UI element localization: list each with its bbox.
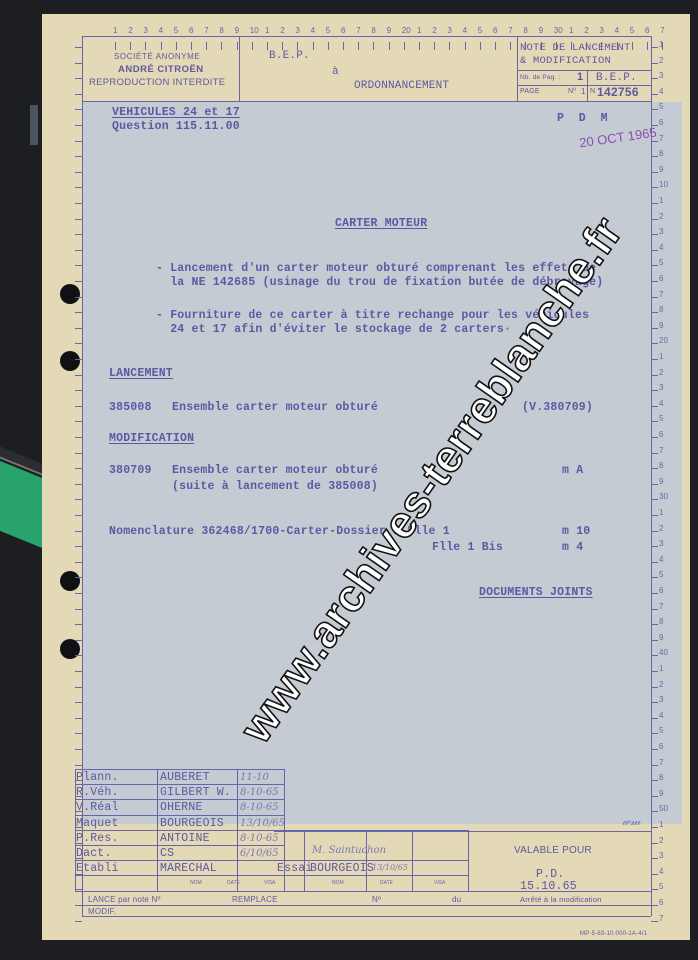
ruler-tick	[75, 546, 82, 547]
ruler-tick	[651, 624, 658, 625]
ruler-tick	[651, 546, 658, 547]
ruler-tick	[75, 203, 82, 204]
table-line	[75, 845, 284, 846]
ruler-tick	[651, 765, 658, 766]
nb-pages-value: 1	[577, 71, 583, 83]
ruler-tick	[75, 156, 82, 157]
ruler-number: 2	[280, 26, 284, 35]
ruler-number: 1	[659, 664, 663, 673]
ruler-tick	[75, 281, 82, 282]
ruler-number: 20	[402, 26, 411, 35]
ruler-tick	[373, 42, 374, 50]
signoff-date: 6/10/65	[240, 848, 279, 859]
signature-scribble: 𝓌𝓂	[622, 814, 641, 829]
ruler-number: 6	[659, 898, 663, 907]
ruler-number: 8	[659, 305, 663, 314]
header-divider	[587, 70, 588, 101]
ruler-tick	[75, 577, 82, 578]
ruler-tick	[176, 42, 177, 50]
ruler-tick	[75, 219, 82, 220]
ruler-number: 7	[356, 26, 360, 35]
col-visa-label: VISA	[434, 880, 445, 886]
col-date-label: DATE	[380, 880, 393, 886]
signoff-name: ANTOINE	[160, 832, 210, 845]
ruler-tick	[75, 765, 82, 766]
ruler-number: 4	[659, 87, 663, 96]
company-line3: REPRODUCTION INTERDITE	[89, 77, 225, 88]
doc-type-line2: & MODIFICATION	[520, 55, 611, 67]
ruler-number: 3	[659, 695, 663, 704]
ruler-number: 2	[128, 26, 132, 35]
table-line	[75, 769, 284, 770]
du-label: du	[452, 895, 461, 904]
signoff-role: Maquet	[76, 817, 119, 830]
modification-mark: m A	[562, 464, 583, 477]
ruler-tick	[651, 203, 658, 204]
recipient: P D M	[557, 112, 612, 125]
ruler-tick	[75, 624, 82, 625]
table-line	[284, 860, 468, 861]
signoff-role: P.Res.	[76, 832, 119, 845]
ruler-tick	[651, 328, 658, 329]
ruler-number: 9	[235, 26, 239, 35]
ruler-tick	[651, 811, 658, 812]
ruler-number: 4	[159, 26, 163, 35]
ruler-tick	[510, 42, 511, 50]
ruler-tick	[343, 42, 344, 50]
ruler-tick	[651, 343, 658, 344]
valable-label: VALABLE POUR	[514, 845, 592, 856]
ruler-number: 6	[341, 26, 345, 35]
ruler-number: 20	[659, 336, 668, 345]
col-date-label: DATE	[227, 880, 240, 886]
valable-divider	[468, 831, 469, 891]
ruler-number: 7	[204, 26, 208, 35]
ruler-number: 5	[174, 26, 178, 35]
ruler-tick	[651, 359, 658, 360]
top-border	[82, 36, 651, 37]
ruler-tick	[75, 515, 82, 516]
ruler-number: 1	[569, 26, 573, 35]
ruler-tick	[75, 406, 82, 407]
to-dept: ORDONNANCEMENT	[354, 80, 449, 92]
ruler-tick	[651, 921, 658, 922]
ruler-tick	[651, 250, 658, 251]
company-name: ANDRÉ CITROËN	[118, 64, 204, 75]
signoff-role: R.Véh.	[76, 786, 119, 799]
ruler-tick	[75, 671, 82, 672]
ruler-tick	[651, 265, 658, 266]
ruler-tick	[651, 390, 658, 391]
signoff-date: 11-10	[240, 772, 269, 783]
nb-pages-label: Nb. de Pag. :	[520, 74, 561, 81]
body-title: CARTER MOTEUR	[335, 217, 427, 230]
ruler-tick	[75, 312, 82, 313]
ruler-number: 8	[219, 26, 223, 35]
ruler-tick	[651, 905, 658, 906]
ruler-tick	[651, 187, 658, 188]
ruler-number: 1	[659, 352, 663, 361]
ruler-number: 3	[659, 539, 663, 548]
ruler-number: 1	[113, 26, 117, 35]
ruler-tick	[75, 328, 82, 329]
no-label: Nº	[372, 895, 381, 904]
ruler-tick	[651, 297, 658, 298]
header-divider	[239, 36, 240, 101]
ruler-tick	[651, 219, 658, 220]
header-divider	[517, 36, 518, 101]
ruler-number: 6	[659, 430, 663, 439]
ruler-tick	[651, 375, 658, 376]
ruler-tick	[75, 531, 82, 532]
ruler-tick	[145, 42, 146, 50]
ruler-tick	[75, 655, 82, 656]
signoff-date: 8-10-65	[240, 802, 279, 813]
ruler-tick	[651, 687, 658, 688]
ruler-tick	[75, 343, 82, 344]
ruler-tick	[651, 78, 658, 79]
note-number: 142756	[597, 85, 639, 99]
dept-code: B.E.P.	[596, 72, 637, 84]
ruler-number: 2	[659, 212, 663, 221]
ruler-tick	[75, 172, 82, 173]
ruler-tick	[651, 63, 658, 64]
ruler-tick	[75, 265, 82, 266]
signoff-date: 8-10-65	[240, 833, 279, 844]
footer-line	[82, 916, 651, 917]
ruler-tick	[75, 125, 82, 126]
ruler-number: 7	[660, 26, 664, 35]
ruler-tick	[75, 921, 82, 922]
ruler-tick	[252, 42, 253, 50]
ruler-tick	[313, 42, 314, 50]
nomenclature-line2: Flle 1 Bis	[432, 541, 503, 554]
ruler-number: 8	[371, 26, 375, 35]
col-nom-label: NOM	[332, 880, 344, 886]
ruler-tick	[651, 172, 658, 173]
ruler-tick	[651, 640, 658, 641]
lance-label: LANCE par note Nº	[88, 895, 161, 904]
modification-desc2: (suite à lancement de 385008)	[172, 480, 378, 493]
ruler-tick	[130, 42, 131, 50]
table-line	[75, 784, 284, 785]
ruler-number: 6	[659, 274, 663, 283]
col-nom-label: NOM	[190, 880, 202, 886]
ruler-tick	[75, 593, 82, 594]
ruler-number: 7	[659, 914, 663, 923]
ruler-number: 3	[599, 26, 603, 35]
ruler-number: 9	[659, 633, 663, 642]
ruler-number: 1	[659, 40, 663, 49]
ruler-number: 6	[659, 586, 663, 595]
ruler-tick	[632, 42, 633, 50]
ruler-number: 8	[659, 149, 663, 158]
ruler-tick	[651, 406, 658, 407]
ruler-tick	[651, 468, 658, 469]
table-line	[75, 830, 284, 831]
signoff-name: BOURGEOIS	[160, 817, 224, 830]
ruler-number: 2	[584, 26, 588, 35]
ruler-number: 9	[659, 165, 663, 174]
signoff-date: 13/10/65	[240, 818, 285, 829]
ruler-number: 4	[463, 26, 467, 35]
ruler-tick	[75, 453, 82, 454]
lancement-heading: LANCEMENT	[109, 367, 173, 380]
ruler-tick	[480, 42, 481, 50]
ruler-tick	[75, 640, 82, 641]
from-dept: B.E.P.	[269, 50, 310, 62]
essai-handwritten-name: M. Saintuchon	[312, 845, 386, 856]
page-no-label: Nº	[568, 88, 576, 95]
col-visa-label: VISA	[264, 880, 275, 886]
ruler-number: 4	[659, 867, 663, 876]
ruler-tick	[651, 47, 658, 48]
ruler-number: 9	[539, 26, 543, 35]
ruler-tick	[75, 687, 82, 688]
ruler-number: 2	[659, 836, 663, 845]
modification-ref: 380709	[109, 464, 152, 477]
ruler-tick	[75, 375, 82, 376]
ruler-number: 5	[630, 26, 634, 35]
table-line	[366, 830, 367, 891]
page-label: PAGE	[520, 88, 540, 95]
ruler-tick	[651, 874, 658, 875]
ruler-number: 7	[508, 26, 512, 35]
ruler-tick	[75, 905, 82, 906]
ruler-tick	[651, 484, 658, 485]
ruler-number: 4	[659, 555, 663, 564]
ruler-tick	[651, 437, 658, 438]
table-line	[75, 875, 284, 876]
ruler-tick	[115, 42, 116, 50]
ruler-tick	[75, 390, 82, 391]
signoff-name: MARECHAL	[160, 862, 217, 875]
ruler-tick	[651, 609, 658, 610]
essai-date: 13/10/65	[372, 863, 408, 872]
ruler-number: 7	[659, 602, 663, 611]
ruler-tick	[651, 796, 658, 797]
ruler-tick	[651, 109, 658, 110]
ruler-number: 2	[659, 368, 663, 377]
ruler-tick	[221, 42, 222, 50]
ruler-number: 6	[659, 742, 663, 751]
ruler-tick	[465, 42, 466, 50]
ruler-number: 2	[659, 56, 663, 65]
ruler-number: 8	[659, 773, 663, 782]
ruler-number: 10	[250, 26, 259, 35]
note-no-prefix: N	[590, 88, 595, 95]
ruler-tick	[651, 234, 658, 235]
ruler-tick	[161, 42, 162, 50]
ruler-tick	[404, 42, 405, 50]
ruler-tick	[651, 593, 658, 594]
ruler-number: 6	[645, 26, 649, 35]
ruler-number: 9	[659, 477, 663, 486]
ruler-number: 8	[659, 617, 663, 626]
ruler-number: 6	[493, 26, 497, 35]
lancement-note: (V.380709)	[522, 401, 593, 414]
ruler-number: 8	[659, 461, 663, 470]
table-line	[237, 769, 238, 891]
ruler-number: 6	[659, 118, 663, 127]
ruler-tick	[75, 718, 82, 719]
punch-hole	[60, 284, 80, 304]
signoff-name: GILBERT W.	[160, 786, 231, 799]
ruler-number: 1	[659, 508, 663, 517]
ruler-tick	[191, 42, 192, 50]
ruler-number: 30	[554, 26, 563, 35]
ruler-number: 5	[659, 258, 663, 267]
ruler-tick	[358, 42, 359, 50]
header-divider	[517, 70, 651, 71]
ruler-number: 9	[659, 789, 663, 798]
company-line1: SOCIÉTÉ ANONYME	[114, 52, 200, 61]
ruler-number: 3	[143, 26, 147, 35]
table-line	[304, 830, 305, 891]
ruler-tick	[651, 749, 658, 750]
signoff-role: Plann.	[76, 771, 119, 784]
footer-line	[82, 905, 651, 906]
ruler-number: 3	[659, 227, 663, 236]
ruler-number: 4	[659, 243, 663, 252]
table-line	[412, 830, 413, 891]
ruler-number: 2	[659, 524, 663, 533]
ruler-number: 1	[265, 26, 269, 35]
ruler-tick	[651, 843, 658, 844]
ruler-tick	[651, 312, 658, 313]
ruler-number: 2	[659, 680, 663, 689]
ruler-number: 5	[659, 102, 663, 111]
ruler-tick	[75, 437, 82, 438]
bullet-2-line2: 24 et 17 afin d'éviter le stockage de 2 …	[156, 323, 511, 336]
to-word: à	[332, 66, 339, 78]
ruler-tick	[651, 515, 658, 516]
ruler-tick	[651, 733, 658, 734]
ruler-number: 7	[659, 134, 663, 143]
ruler-tick	[75, 63, 82, 64]
table-line	[157, 769, 158, 891]
ruler-tick	[651, 780, 658, 781]
essai-role: Essai	[277, 862, 313, 875]
bullet-1-line1: - Lancement d'un carter moteur obturé co…	[156, 262, 596, 275]
ruler-tick	[651, 156, 658, 157]
ruler-tick	[651, 702, 658, 703]
ruler-tick	[75, 609, 82, 610]
documents-joints: DOCUMENTS JOINTS	[479, 586, 593, 599]
ruler-tick	[75, 733, 82, 734]
ruler-tick	[651, 577, 658, 578]
signoff-role: Etabli	[76, 862, 119, 875]
ruler-tick	[651, 94, 658, 95]
ruler-tick	[651, 499, 658, 500]
ruler-tick	[651, 671, 658, 672]
form-code: MP-5-63-10.000-1A-4/1	[580, 931, 647, 937]
lancement-desc: Ensemble carter moteur obturé	[172, 401, 378, 414]
document-page: 1234567891012345678920123456789301234567…	[42, 14, 690, 940]
ruler-tick	[282, 42, 283, 50]
signoff-name: OHERNE	[160, 801, 203, 814]
ruler-number: 9	[659, 321, 663, 330]
ruler-number: 10	[659, 180, 668, 189]
nomenclature-mark1: m 10	[562, 525, 590, 538]
ruler-number: 4	[311, 26, 315, 35]
remplace-label: REMPLACE	[232, 895, 278, 904]
ruler-number: 6	[189, 26, 193, 35]
ruler-tick	[651, 718, 658, 719]
table-line	[284, 875, 468, 876]
ruler-tick	[434, 42, 435, 50]
ruler-number: 3	[659, 71, 663, 80]
modif-label: MODIF.	[88, 907, 116, 916]
ruler-tick	[75, 562, 82, 563]
ruler-number: 2	[432, 26, 436, 35]
ruler-tick	[75, 749, 82, 750]
punch-hole	[60, 571, 80, 591]
ruler-number: 4	[615, 26, 619, 35]
ruler-tick	[651, 827, 658, 828]
ruler-tick	[75, 78, 82, 79]
modification-heading: MODIFICATION	[109, 432, 194, 445]
ruler-tick	[419, 42, 420, 50]
background-strip	[30, 105, 38, 145]
ruler-number: 4	[659, 711, 663, 720]
lancement-ref: 385008	[109, 401, 152, 414]
ruler-number: 7	[659, 446, 663, 455]
ruler-number: 30	[659, 492, 668, 501]
ruler-number: 5	[659, 726, 663, 735]
ruler-tick	[495, 42, 496, 50]
ruler-number: 5	[659, 414, 663, 423]
ruler-tick	[75, 141, 82, 142]
ruler-number: 4	[659, 399, 663, 408]
ruler-tick	[651, 421, 658, 422]
ruler-number: 5	[478, 26, 482, 35]
ruler-tick	[651, 531, 658, 532]
right-border	[651, 36, 652, 916]
ruler-tick	[75, 702, 82, 703]
ruler-tick	[297, 42, 298, 50]
ruler-number: 3	[659, 851, 663, 860]
footer-line	[82, 891, 651, 892]
page-no-value: 1	[581, 87, 586, 96]
ruler-tick	[75, 47, 82, 48]
ruler-number: 5	[326, 26, 330, 35]
ruler-tick	[75, 94, 82, 95]
ruler-number: 1	[659, 820, 663, 829]
doc-type-line1: NOTE DE LANCEMENT	[520, 42, 631, 54]
ruler-tick	[75, 359, 82, 360]
ruler-tick	[237, 42, 238, 50]
ruler-tick	[328, 42, 329, 50]
table-line	[75, 815, 284, 816]
ruler-tick	[206, 42, 207, 50]
nomenclature-mark2: m 4	[562, 541, 583, 554]
header-bottom-line	[82, 101, 651, 102]
ruler-tick	[75, 421, 82, 422]
ruler-tick	[647, 42, 648, 50]
ruler-tick	[75, 250, 82, 251]
ruler-number: 5	[659, 570, 663, 579]
ruler-tick	[75, 499, 82, 500]
modification-desc1: Ensemble carter moteur obturé	[172, 464, 378, 477]
ruler-number: 7	[659, 758, 663, 767]
ruler-tick	[75, 468, 82, 469]
ruler-number: 5	[659, 882, 663, 891]
signoff-role: V.Réal	[76, 801, 119, 814]
ruler-tick	[75, 234, 82, 235]
ruler-tick	[75, 297, 82, 298]
ruler-tick	[75, 187, 82, 188]
